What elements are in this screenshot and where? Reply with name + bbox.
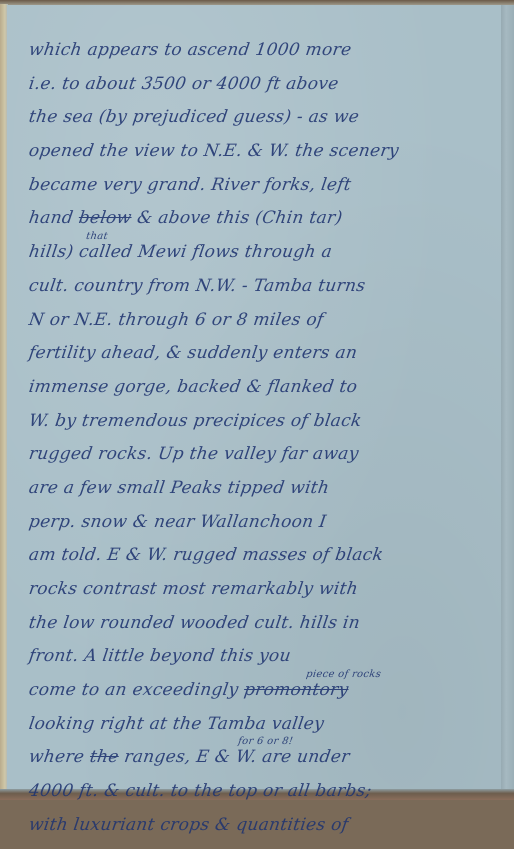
line-text: N or N.E. through 6 or 8 miles of [28, 310, 325, 330]
line-text: immense gorge, backed & flanked to [28, 377, 359, 397]
line-text: the low rounded wooded cult. hills in [28, 613, 362, 633]
text-line: fertility ahead, & suddenly enters an [26, 343, 491, 377]
line-text: rugged rocks. Up the valley far away [28, 444, 360, 464]
line-text: where [28, 747, 92, 767]
line-text: opened the view to N.E. & W. the scenery [28, 141, 401, 161]
text-line: perp. snow & near Wallanchoon I [26, 512, 491, 546]
text-line: piece of rockscome to an exceedingly pro… [26, 680, 491, 714]
line-text: fertility ahead, & suddenly enters an [28, 343, 359, 363]
line-text: ranges, E & W. are under [117, 747, 351, 767]
text-line: thathills) called Mewi flows through a [26, 242, 491, 276]
handwritten-text: which appears to ascend 1000 more i.e. t… [28, 40, 488, 800]
struck-word: the [89, 747, 121, 767]
line-text: the sea (by prejudiced guess) - as we [28, 107, 361, 127]
line-text: perp. snow & near Wallanchoon I [28, 512, 328, 532]
line-text: which appears to ascend 1000 more [28, 40, 353, 60]
text-line: immense gorge, backed & flanked to [26, 377, 491, 411]
interlinear-insertion: piece of rocks [305, 669, 381, 680]
struck-word: promontory [243, 680, 350, 700]
line-text: am told. E & W. rugged masses of black [28, 545, 385, 565]
line-text: cult. country from N.W. - Tamba turns [28, 276, 367, 296]
text-line: the low rounded wooded cult. hills in [26, 613, 491, 647]
interlinear-insertion: that [85, 231, 108, 242]
text-line: became very grand. River forks, left [26, 175, 491, 209]
text-line: 4000 ft. & cult. to the top or all barbs… [26, 781, 491, 800]
line-text: became very grand. River forks, left [28, 175, 353, 195]
line-text: rocks contrast most remarkably with [28, 579, 360, 599]
text-line: cult. country from N.W. - Tamba turns [26, 276, 491, 310]
line-text: hand [28, 208, 81, 228]
text-line: W. by tremendous precipices of black [26, 411, 491, 445]
line-text: & above this (Chin tar) [130, 208, 344, 228]
line-text: front. A little beyond this you [28, 646, 293, 666]
line-text: 4000 ft. & cult. to the top or all barbs… [28, 781, 374, 800]
text-line: N or N.E. through 6 or 8 miles of [26, 310, 491, 344]
text-line: rugged rocks. Up the valley far away [26, 444, 491, 478]
text-line: opened the view to N.E. & W. the scenery [26, 141, 491, 175]
line-text: are a few small Peaks tipped with [28, 478, 331, 498]
line-text: i.e. to about 3500 or 4000 ft above [28, 74, 340, 94]
text-line: i.e. to about 3500 or 4000 ft above [26, 74, 491, 108]
text-line: for 6 or 8!where the ranges, E & W. are … [26, 747, 491, 781]
struck-word: below [77, 208, 132, 228]
scan-background: which appears to ascend 1000 more i.e. t… [0, 0, 514, 800]
text-line: are a few small Peaks tipped with [26, 478, 491, 512]
line-text: looking right at the Tamba valley [28, 714, 326, 734]
text-line: the sea (by prejudiced guess) - as we [26, 107, 491, 141]
interlinear-insertion: for 6 or 8! [237, 736, 293, 747]
text-line: rocks contrast most remarkably with [26, 579, 491, 613]
line-text: hills) called Mewi flows through a [28, 242, 334, 262]
line-text: come to an exceedingly [28, 680, 246, 700]
text-line: which appears to ascend 1000 more [26, 40, 491, 74]
line-text: W. by tremendous precipices of black [28, 411, 363, 431]
text-line: front. A little beyond this you [26, 646, 491, 680]
text-line: am told. E & W. rugged masses of black [26, 545, 491, 579]
page-edge [501, 5, 514, 795]
